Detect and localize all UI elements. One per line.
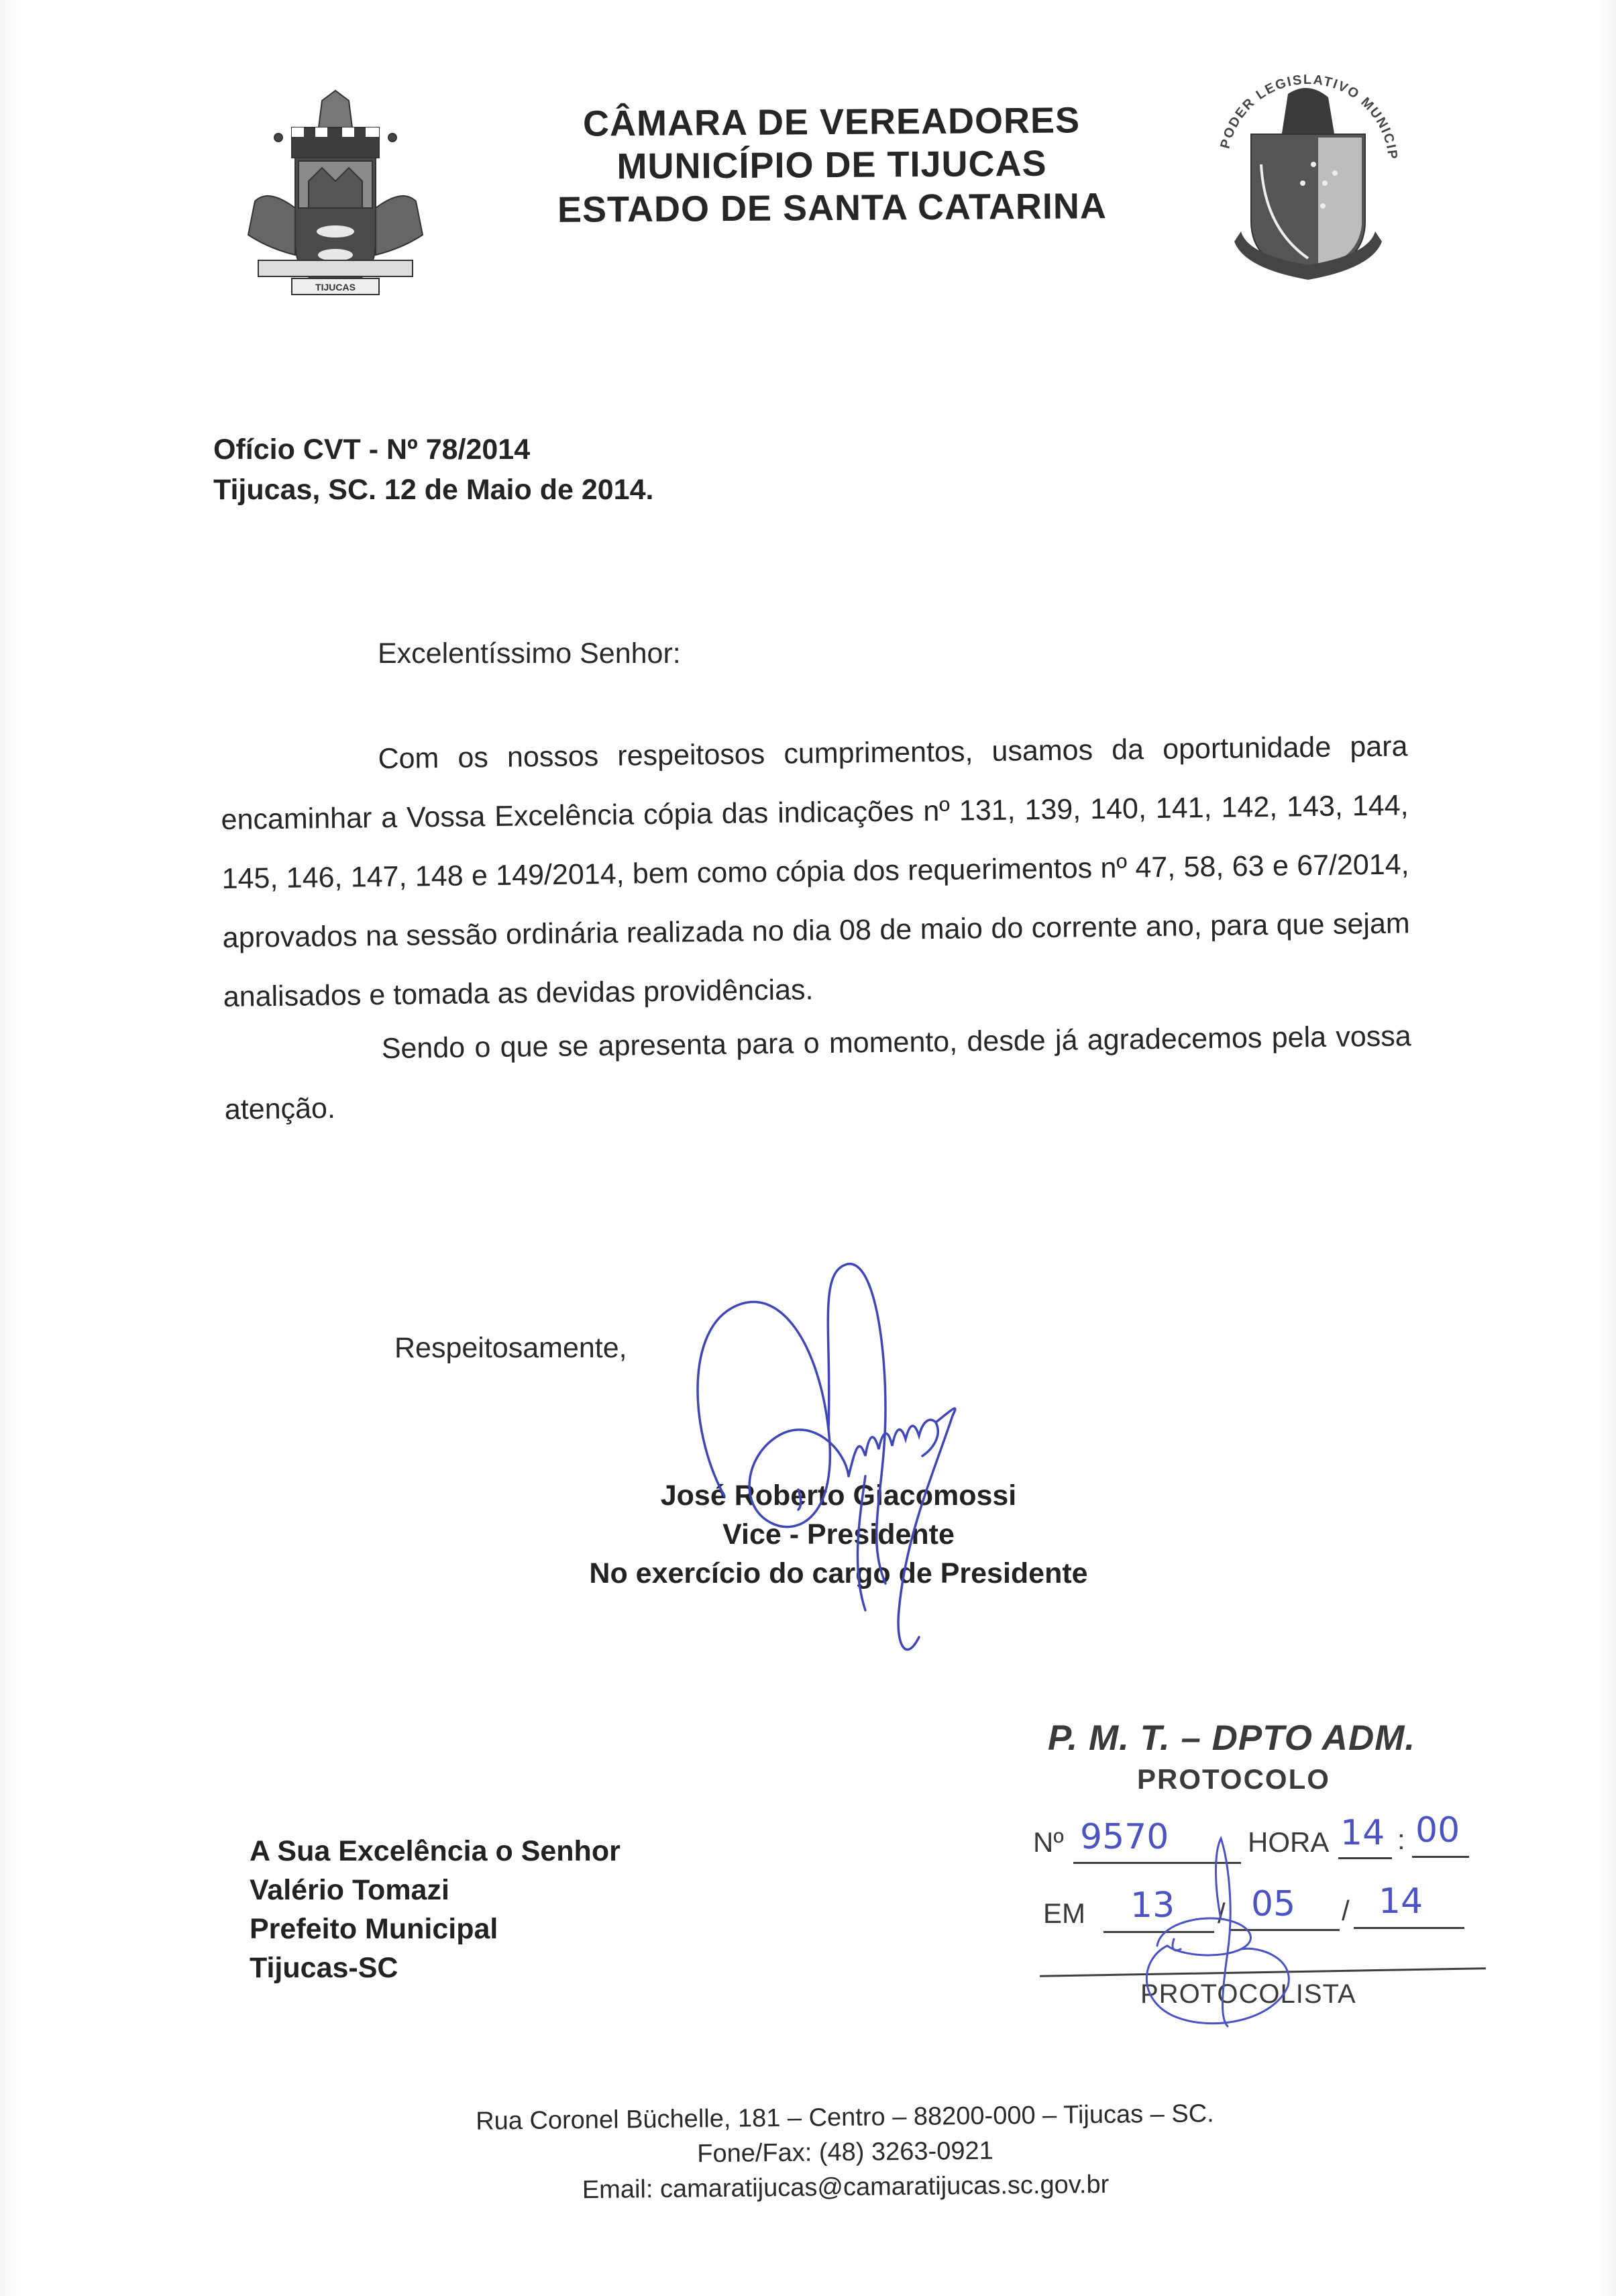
body-paragraph-1: Com os nossos respeitosos cumprimentos, …: [220, 717, 1411, 1027]
addressee-name: Valério Tomazi: [250, 1871, 621, 1910]
place-and-date: Tijucas, SC. 12 de Maio de 2014.: [213, 470, 653, 510]
salutation: Excelentíssimo Senhor:: [378, 637, 681, 670]
svg-text:TIJUCAS: TIJUCAS: [315, 282, 356, 293]
signatory-name: José Roberto Giacomossi: [530, 1476, 1147, 1515]
addressee-city: Tijucas-SC: [250, 1948, 621, 1987]
signatory-role: No exercício do cargo de Presidente: [530, 1554, 1147, 1593]
addressee-title: Prefeito Municipal: [250, 1910, 621, 1948]
letterhead-footer: Rua Coronel Büchelle, 181 – Centro – 882…: [375, 2095, 1315, 2210]
closing: Respeitosamente,: [394, 1332, 627, 1365]
legislative-shield-icon: PODER LEGISLATIVO MUNICIPAL: [1201, 64, 1415, 292]
document-reference: Ofício CVT - Nº 78/2014 Tijucas, SC. 12 …: [213, 429, 653, 510]
oficio-number: Ofício CVT - Nº 78/2014: [213, 429, 653, 470]
letter-body: Com os nossos respeitosos cumprimentos, …: [220, 717, 1412, 1139]
signatory-block: José Roberto Giacomossi Vice - President…: [530, 1476, 1147, 1593]
addressee-block: A Sua Excelência o Senhor Valério Tomazi…: [250, 1832, 621, 1987]
signatory-title: Vice - Presidente: [530, 1515, 1147, 1554]
state-name: ESTADO DE SANTA CATARINA: [496, 185, 1167, 232]
municipal-coat-of-arms-icon: TIJUCAS: [228, 87, 443, 309]
letterhead-title: CÂMARA DE VEREADORES MUNICÍPIO DE TIJUCA…: [496, 99, 1167, 232]
addressee-greeting: A Sua Excelência o Senhor: [250, 1832, 621, 1871]
handwritten-signature-icon: [664, 1235, 1040, 1671]
municipality-name: MUNICÍPIO DE TIJUCAS: [496, 142, 1167, 189]
body-paragraph-2: Sendo o que se apresenta para o momento,…: [223, 1006, 1412, 1139]
protocol-stamp: P. M. T. – DPTO ADM. PROTOCOLO Nº 9570 H…: [1020, 1718, 1503, 2026]
protocolista-initials-icon: [1020, 1718, 1503, 2033]
institution-name: CÂMARA DE VEREADORES: [496, 99, 1167, 146]
